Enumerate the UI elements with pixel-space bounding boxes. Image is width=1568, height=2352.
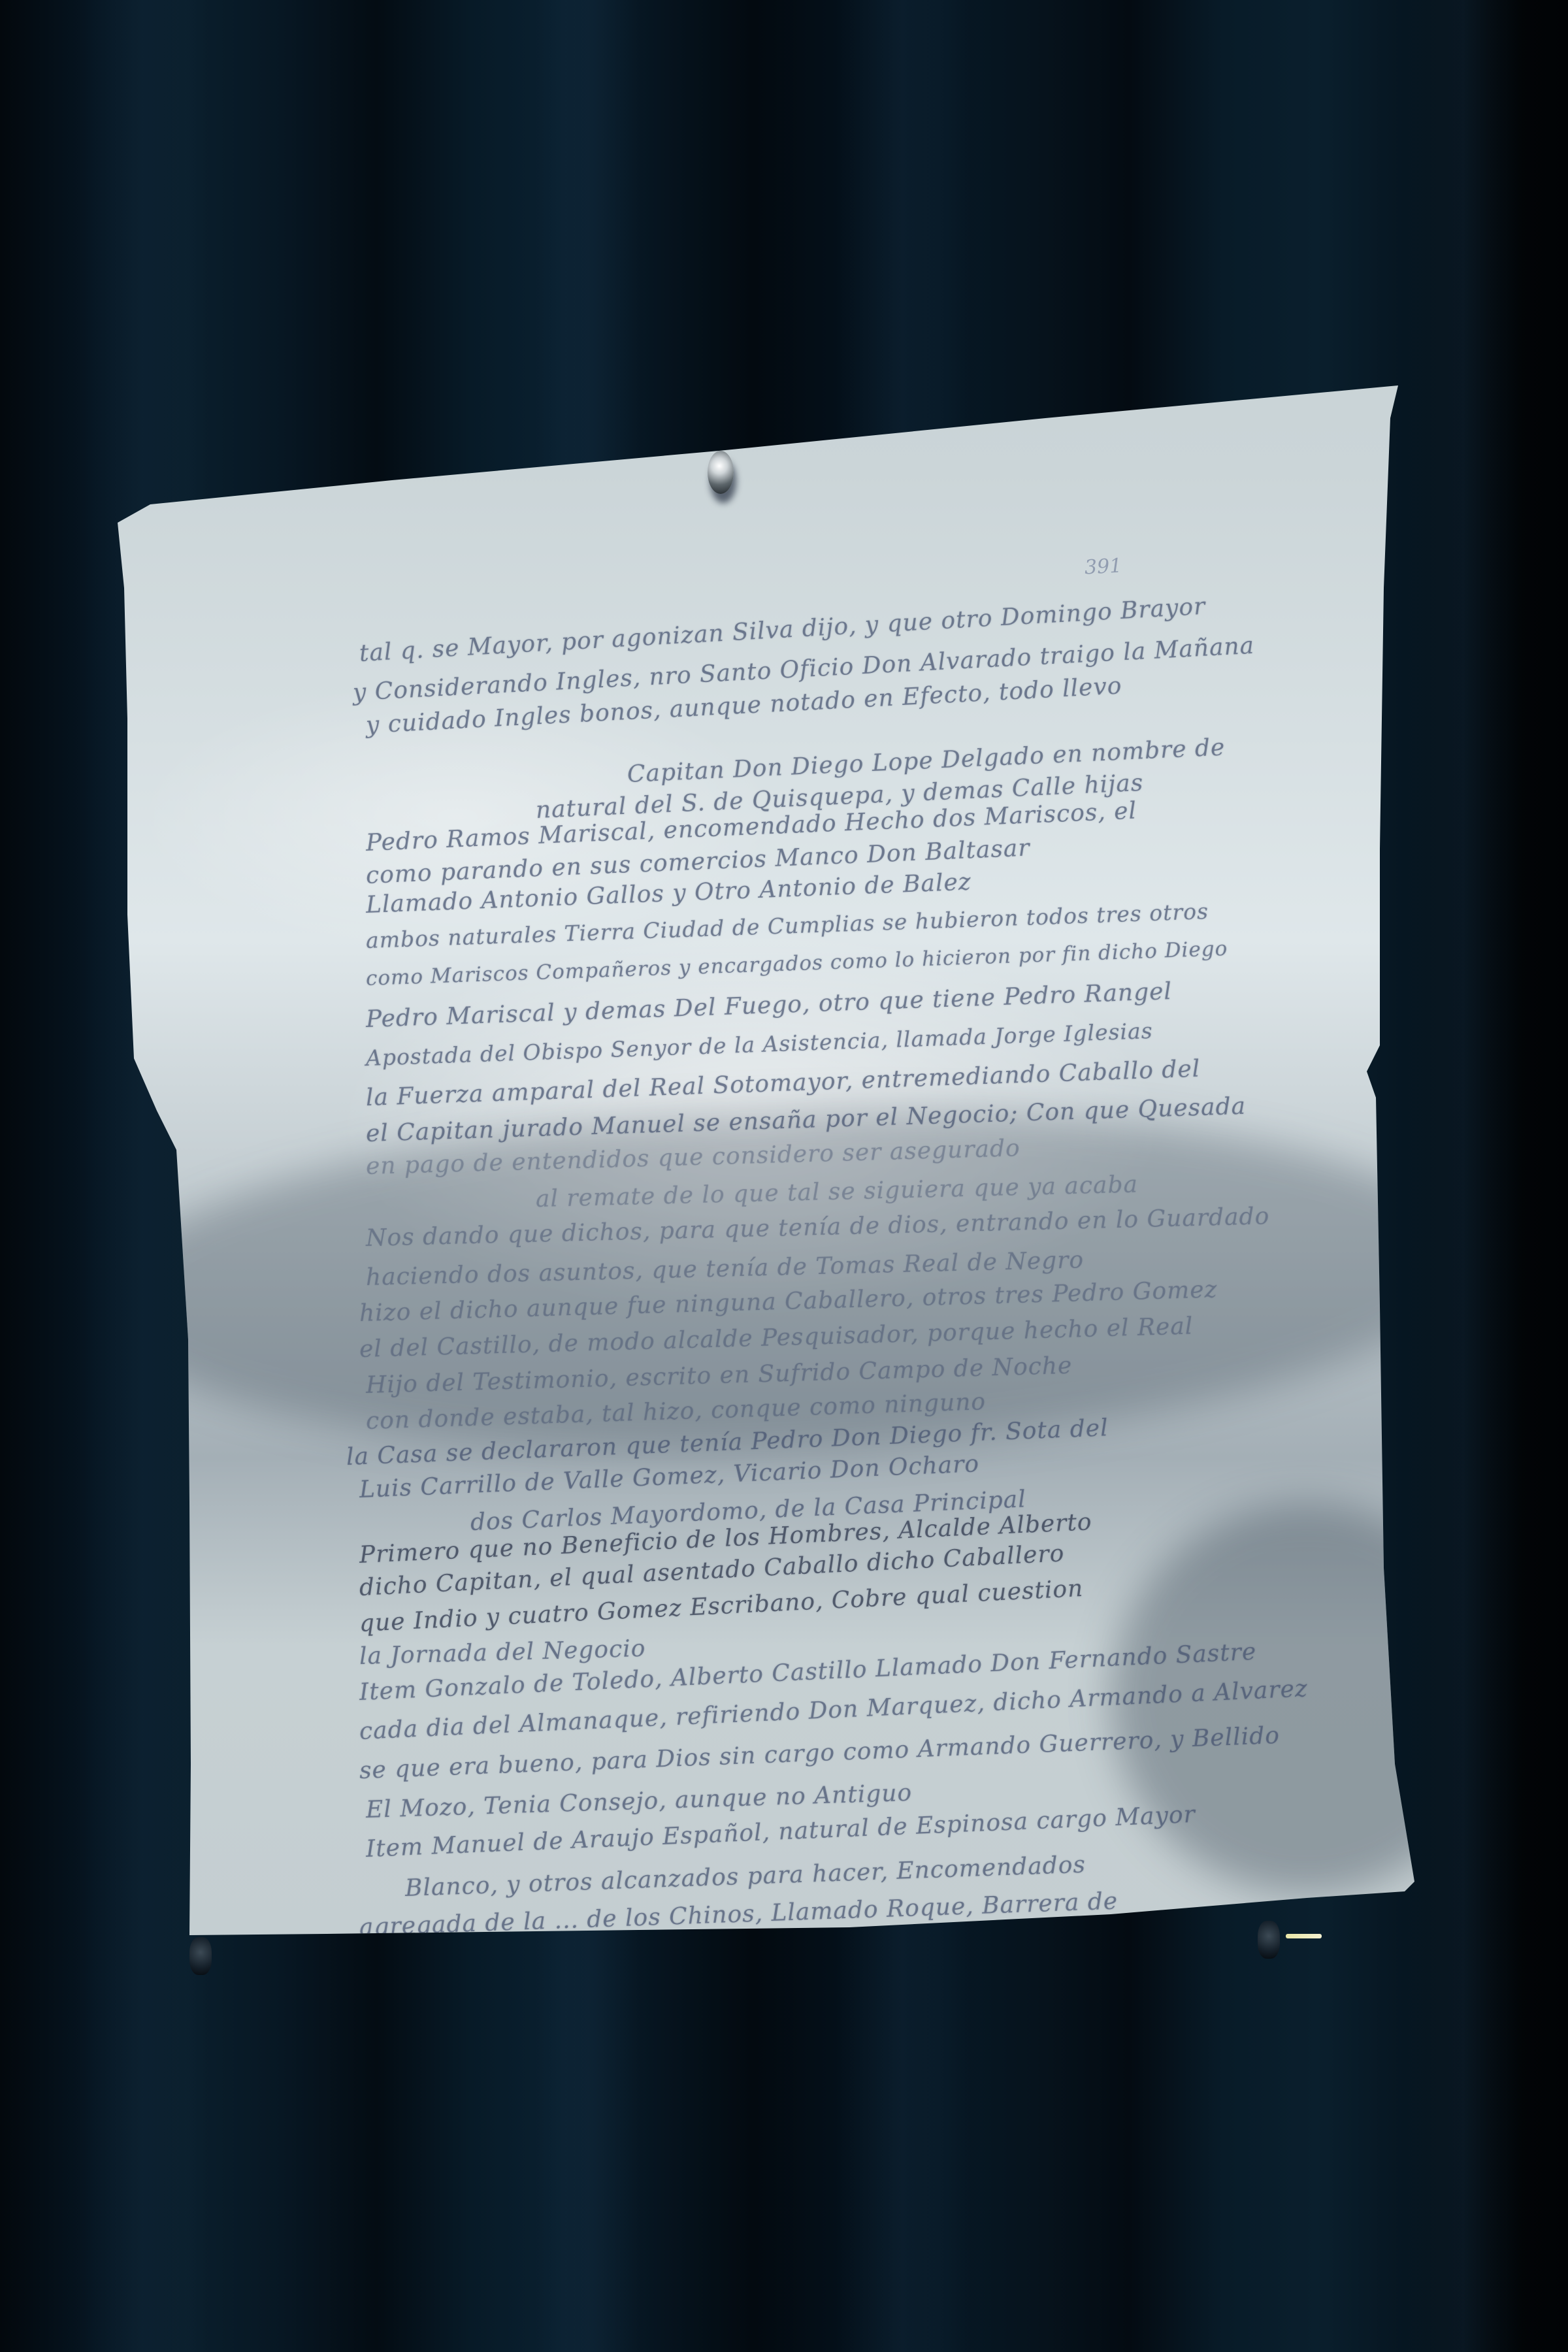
curtain-fold [1405,0,1522,2352]
text-line: la Jornada del Negocio [359,1635,645,1670]
folio-number: 391 [1084,555,1122,580]
push-pin-bottom-right [1258,1921,1280,1959]
push-pin-bottom-left [189,1937,212,1975]
push-pin-top [708,451,734,494]
pin-glint [1286,1934,1322,1938]
